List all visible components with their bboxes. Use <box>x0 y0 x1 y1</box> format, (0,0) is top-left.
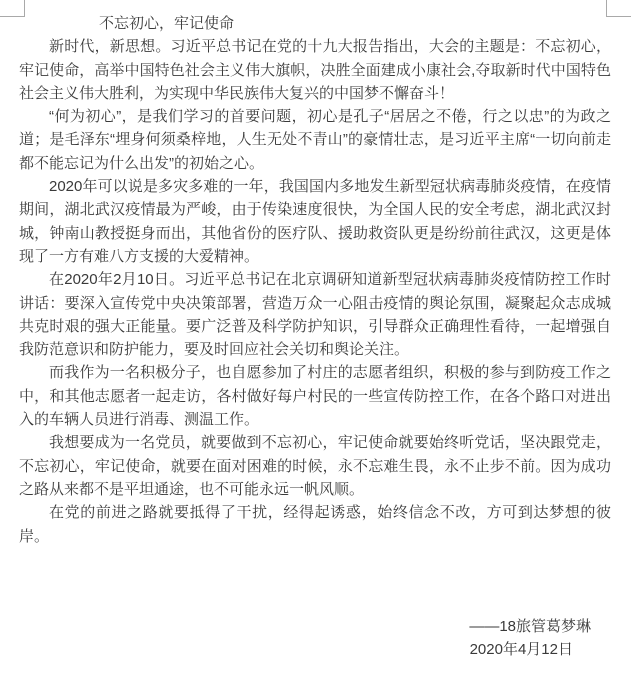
document-title: 不忘初心，牢记使命 <box>19 12 611 35</box>
text-line: 现了一方有难八方支援的大爱精神。 <box>19 245 611 268</box>
text-line: 入的车辆人员进行消毒、测温工作。 <box>19 408 611 431</box>
paragraph: 2020年可以说是多灾多难的一年，我国国内多地发生新型冠状病毒肺炎疫情，在疫情期… <box>19 175 611 268</box>
text-line: 牢记使命，高举中国特色社会主义伟大旗帜，决胜全面建成小康社会,夺取新时代中国特色 <box>19 59 611 82</box>
text-line: 中，和其他志愿者一起走访，各村做好每户村民的一些宣传防控工作，在各个路口对进出 <box>19 385 611 408</box>
text-line: 期间，湖北武汉疫情最为严峻，由于传染速度很快，为全国人民的安全考虑，湖北武汉封 <box>19 198 611 221</box>
paragraphs-container: 新时代，新思想。习近平总书记在党的十九大报告指出，大会的主题是：不忘初心，牢记使… <box>19 35 611 548</box>
paragraph: 新时代，新思想。习近平总书记在党的十九大报告指出，大会的主题是：不忘初心，牢记使… <box>19 35 611 105</box>
text-line: 新时代，新思想。习近平总书记在党的十九大报告指出，大会的主题是：不忘初心， <box>19 35 611 58</box>
text-line: 2020年可以说是多灾多难的一年，我国国内多地发生新型冠状病毒肺炎疫情，在疫情 <box>19 175 611 198</box>
text-line: 我想要成为一名党员，就要做到不忘初心，牢记使命就要始终听党话，坚决跟党走， <box>19 431 611 454</box>
text-line: “何为初心”，是我们学习的首要问题，初心是孔子“居居之不倦，行之以忠”的为政之 <box>19 105 611 128</box>
text-line: 社会主义伟大胜利，为实现中华民族伟大复兴的中国梦不懈奋斗！ <box>19 82 611 105</box>
paragraph: 而我作为一名积极分子，也自愿参加了村庄的志愿者组织，积极的参与到防疫工作之中，和… <box>19 361 611 431</box>
date: 2020年4月12日 <box>19 638 611 661</box>
document-page: 不忘初心，牢记使命 新时代，新思想。习近平总书记在党的十九大报告指出，大会的主题… <box>0 0 631 696</box>
paragraph: 在党的前进之路就要抵得了干扰，经得起诱惑，始终信念不改，方可到达梦想的彼岸。 <box>19 501 611 548</box>
document-body: 不忘初心，牢记使命 新时代，新思想。习近平总书记在党的十九大报告指出，大会的主题… <box>19 12 611 661</box>
text-line: 在2020年2月10日。习近平总书记在北京调研知道新型冠状病毒肺炎疫情防控工作时 <box>19 268 611 291</box>
paragraph: 在2020年2月10日。习近平总书记在北京调研知道新型冠状病毒肺炎疫情防控工作时… <box>19 268 611 361</box>
text-line: 道；是毛泽东“埋身何须桑梓地，人生无处不青山”的豪情壮志，是习近平主席“一切向前… <box>19 128 611 151</box>
text-line: 不忘初心，牢记使命，就要在面对困难的时候，永不忘难生畏，永不止步不前。因为成功 <box>19 455 611 478</box>
text-line: 讲话：要深入宣传党中央决策部署，营造万众一心阻击疫情的舆论氛围，凝聚起众志成城 <box>19 292 611 315</box>
text-line: 城，钟南山教授挺身而出，其他省份的医疗队、援助救资队更是纷纷前往武汉，这更是体 <box>19 222 611 245</box>
text-line: 而我作为一名积极分子，也自愿参加了村庄的志愿者组织，积极的参与到防疫工作之 <box>19 361 611 384</box>
paragraph: 我想要成为一名党员，就要做到不忘初心，牢记使命就要始终听党话，坚决跟党走，不忘初… <box>19 431 611 501</box>
text-line: 我防范意识和防护能力，要及时回应社会关切和舆论关注。 <box>19 338 611 361</box>
text-line: 都不能忘记为什么出发”的初始之心。 <box>19 152 611 175</box>
paragraph: “何为初心”，是我们学习的首要问题，初心是孔子“居居之不倦，行之以忠”的为政之道… <box>19 105 611 175</box>
text-line: 共克时艰的强大正能量。要广泛普及科学防护知识，引导群众正确理性看待，一起增强自 <box>19 315 611 338</box>
text-line: 在党的前进之路就要抵得了干扰，经得起诱惑，始终信念不改，方可到达梦想的彼 <box>19 501 611 524</box>
text-line: 岸。 <box>19 525 611 548</box>
signature: ——18旅管葛梦琳 <box>19 615 611 638</box>
text-line: 之路从来都不是平坦通途，也不可能永远一帆风顺。 <box>19 478 611 501</box>
